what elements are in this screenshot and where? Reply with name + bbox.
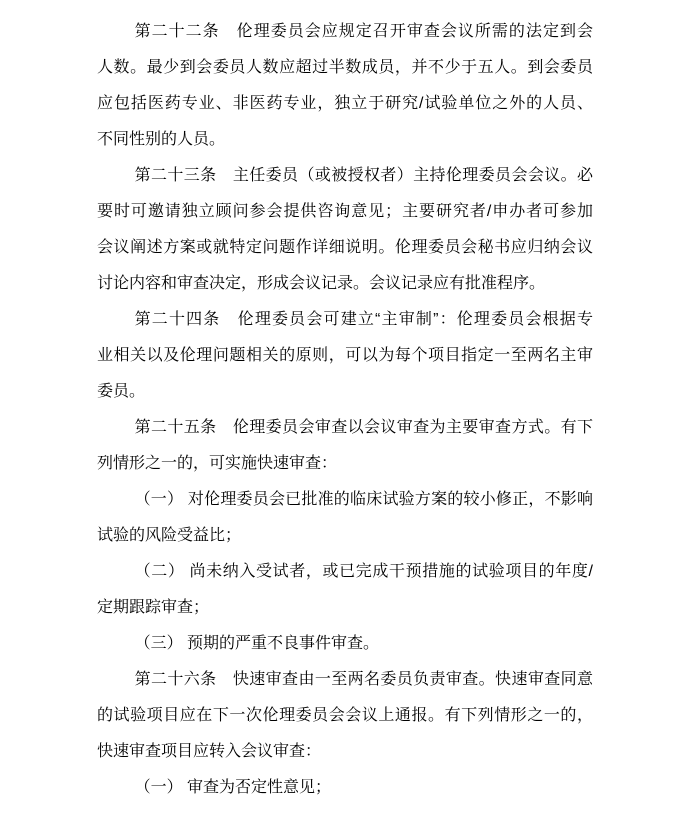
text-line: 要时可邀请独立顾问参会提供咨询意见；主要研究者/申办者可参加 — [97, 194, 593, 230]
paragraph-article-24: 第二十四条 伦理委员会可建立“主审制”：伦理委员会根据专 业相关以及伦理问题相关… — [97, 302, 593, 410]
text-line: 第二十三条 主任委员（或被授权者）主持伦理委员会会议。必 — [97, 158, 593, 194]
text-line: 第二十五条 伦理委员会审查以会议审查为主要审查方式。有下 — [97, 410, 593, 446]
text-line: （三） 预期的严重不良事件审查。 — [97, 626, 593, 662]
text-line: 第二十六条 快速审查由一至两名委员负责审查。快速审查同意 — [97, 662, 593, 698]
text-line: 试验的风险受益比； — [97, 518, 593, 554]
text-line: 会议阐述方案或就特定问题作详细说明。伦理委员会秘书应归纳会议 — [97, 230, 593, 266]
paragraph-item-1-negative-opinion: （一） 审查为否定性意见； — [97, 770, 593, 806]
paragraph-item-2-followup-review: （二） 尚未纳入受试者，或已完成干预措施的试验项目的年度/ 定期跟踪审查； — [97, 554, 593, 626]
text-line: 人数。最少到会委员人数应超过半数成员，并不少于五人。到会委员 — [97, 50, 593, 86]
text-line: 业相关以及伦理问题相关的原则，可以为每个项目指定一至两名主审 — [97, 338, 593, 374]
text-line: 列情形之一的，可实施快速审查： — [97, 446, 593, 482]
paragraph-item-1-minor-amendment: （一） 对伦理委员会已批准的临床试验方案的较小修正，不影响 试验的风险受益比； — [97, 482, 593, 554]
text-line: 第二十四条 伦理委员会可建立“主审制”：伦理委员会根据专 — [97, 302, 593, 338]
text-line: 委员。 — [97, 374, 593, 410]
text-line: 的试验项目应在下一次伦理委员会会议上通报。有下列情形之一的， — [97, 698, 593, 734]
document-page: 第二十二条 伦理委员会应规定召开审查会议所需的法定到会 人数。最少到会委员人数应… — [0, 0, 690, 822]
text-line: 快速审查项目应转入会议审查： — [97, 734, 593, 770]
paragraph-article-23: 第二十三条 主任委员（或被授权者）主持伦理委员会会议。必 要时可邀请独立顾问参会… — [97, 158, 593, 302]
text-line: 不同性别的人员。 — [97, 122, 593, 158]
text-line: 第二十二条 伦理委员会应规定召开审查会议所需的法定到会 — [97, 14, 593, 50]
text-line: 定期跟踪审查； — [97, 590, 593, 626]
text-line: 应包括医药专业、非医药专业，独立于研究/试验单位之外的人员、 — [97, 86, 593, 122]
text-line: （一） 对伦理委员会已批准的临床试验方案的较小修正，不影响 — [97, 482, 593, 518]
paragraph-article-22: 第二十二条 伦理委员会应规定召开审查会议所需的法定到会 人数。最少到会委员人数应… — [97, 14, 593, 158]
text-line: 讨论内容和审查决定，形成会议记录。会议记录应有批准程序。 — [97, 266, 593, 302]
paragraph-article-25: 第二十五条 伦理委员会审查以会议审查为主要审查方式。有下 列情形之一的，可实施快… — [97, 410, 593, 482]
paragraph-item-3-sae-review: （三） 预期的严重不良事件审查。 — [97, 626, 593, 662]
paragraph-article-26: 第二十六条 快速审查由一至两名委员负责审查。快速审查同意 的试验项目应在下一次伦… — [97, 662, 593, 770]
text-line: （二） 尚未纳入受试者，或已完成干预措施的试验项目的年度/ — [97, 554, 593, 590]
text-line: （一） 审查为否定性意见； — [97, 770, 593, 806]
